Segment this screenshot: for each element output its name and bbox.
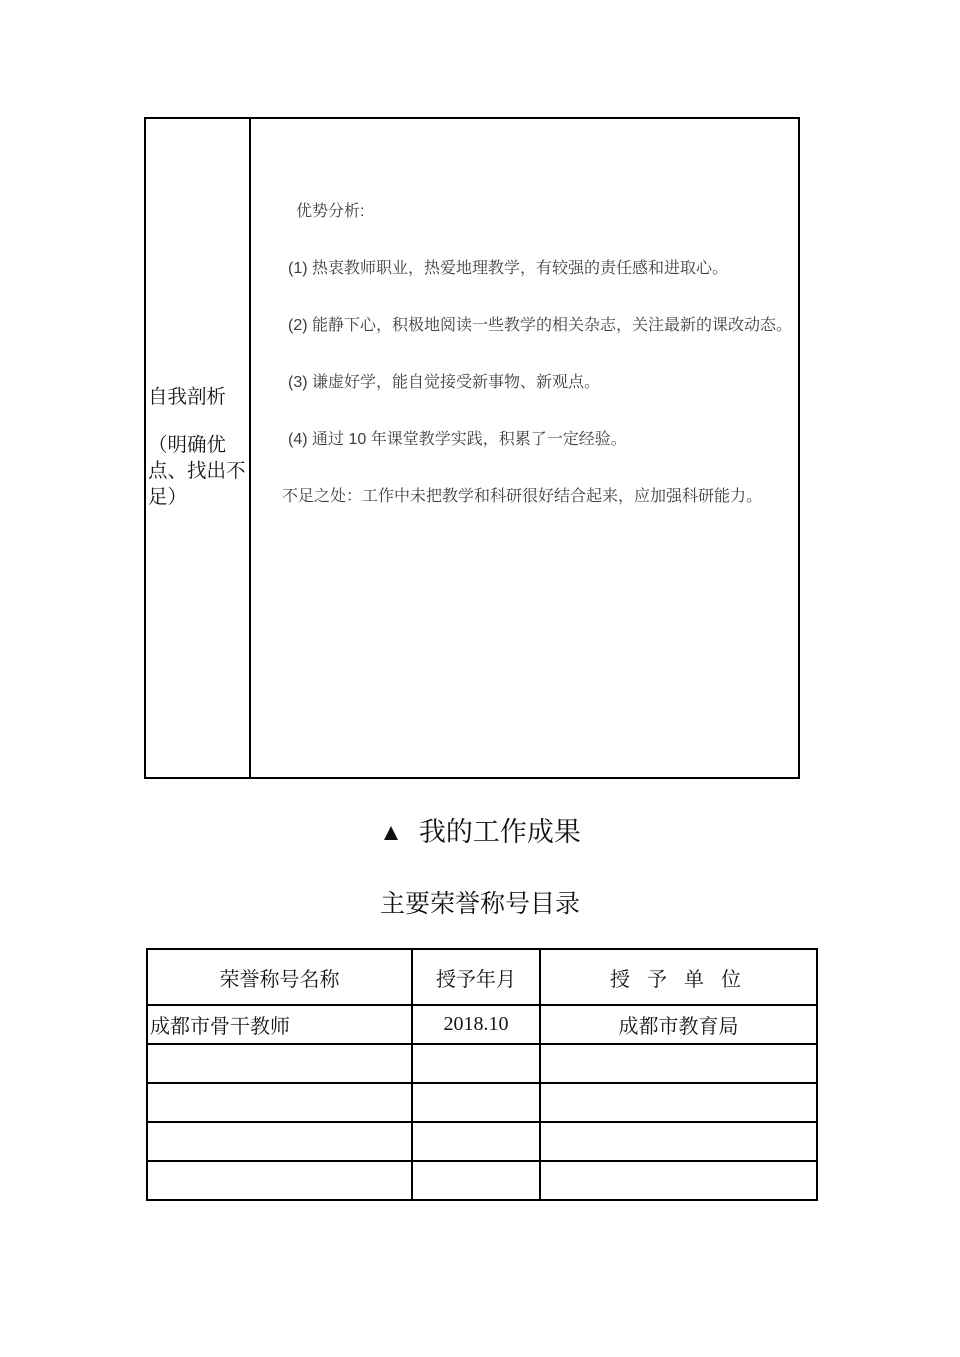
award-date-cell: 2018.10 bbox=[412, 1005, 540, 1044]
table-row bbox=[147, 1161, 817, 1200]
advantage-point-3: (3) 谦虚好学，能自觉接受新事物、新观点。 bbox=[251, 374, 798, 392]
column-header-award-unit: 授 予 单 位 bbox=[540, 949, 817, 1005]
award-unit-cell bbox=[540, 1083, 817, 1122]
subsection-title: 主要荣誉称号目录 bbox=[0, 884, 960, 920]
column-header-award-date: 授予年月 bbox=[412, 949, 540, 1005]
award-date-cell bbox=[412, 1083, 540, 1122]
award-unit-cell bbox=[540, 1122, 817, 1161]
honor-name-cell bbox=[147, 1044, 412, 1083]
self-analysis-table: 自我剖析 （明确优点、找出不足） 优势分析: (1) 热衷教师职业，热爱地理教学… bbox=[144, 117, 800, 779]
award-date-cell bbox=[412, 1122, 540, 1161]
honor-name-cell bbox=[147, 1161, 412, 1200]
advantage-analysis-title: 优势分析: bbox=[251, 203, 798, 221]
table-row bbox=[147, 1122, 817, 1161]
self-analysis-content-cell: 优势分析: (1) 热衷教师职业，热爱地理教学，有较强的责任感和进取心。 (2)… bbox=[251, 119, 798, 777]
honors-table: 荣誉称号名称 授予年月 授 予 单 位 成都市骨干教师 2018.10 成都市教… bbox=[146, 948, 818, 1201]
section-heading: ▲我的工作成果 bbox=[0, 810, 960, 849]
triangle-marker-icon: ▲ bbox=[379, 820, 403, 846]
column-header-honor-name: 荣誉称号名称 bbox=[147, 949, 412, 1005]
advantage-point-2: (2) 能静下心，积极地阅读一些教学的相关杂志，关注最新的课改动态。 bbox=[251, 317, 798, 335]
table-row bbox=[147, 1083, 817, 1122]
award-unit-cell bbox=[540, 1044, 817, 1083]
section-title: 我的工作成果 bbox=[419, 817, 581, 847]
advantage-point-4: (4) 通过 10 年课堂教学实践，积累了一定经验。 bbox=[251, 431, 798, 449]
honor-name-cell bbox=[147, 1122, 412, 1161]
weakness-line: 不足之处：工作中未把教学和科研很好结合起来，应加强科研能力。 bbox=[251, 488, 798, 506]
table-row: 成都市骨干教师 2018.10 成都市教育局 bbox=[147, 1005, 817, 1044]
award-unit-cell: 成都市教育局 bbox=[540, 1005, 817, 1044]
advantage-point-1: (1) 热衷教师职业，热爱地理教学，有较强的责任感和进取心。 bbox=[251, 260, 798, 278]
document-page: 自我剖析 （明确优点、找出不足） 优势分析: (1) 热衷教师职业，热爱地理教学… bbox=[0, 0, 960, 1357]
honor-name-cell: 成都市骨干教师 bbox=[147, 1005, 412, 1044]
award-date-cell bbox=[412, 1161, 540, 1200]
self-analysis-label-title: 自我剖析 bbox=[148, 385, 249, 411]
award-date-cell bbox=[412, 1044, 540, 1083]
self-analysis-label-cell: 自我剖析 （明确优点、找出不足） bbox=[146, 119, 251, 777]
award-unit-cell bbox=[540, 1161, 817, 1200]
self-analysis-label-note: （明确优点、找出不足） bbox=[148, 433, 249, 511]
table-row bbox=[147, 1044, 817, 1083]
honor-name-cell bbox=[147, 1083, 412, 1122]
honors-header-row: 荣誉称号名称 授予年月 授 予 单 位 bbox=[147, 949, 817, 1005]
